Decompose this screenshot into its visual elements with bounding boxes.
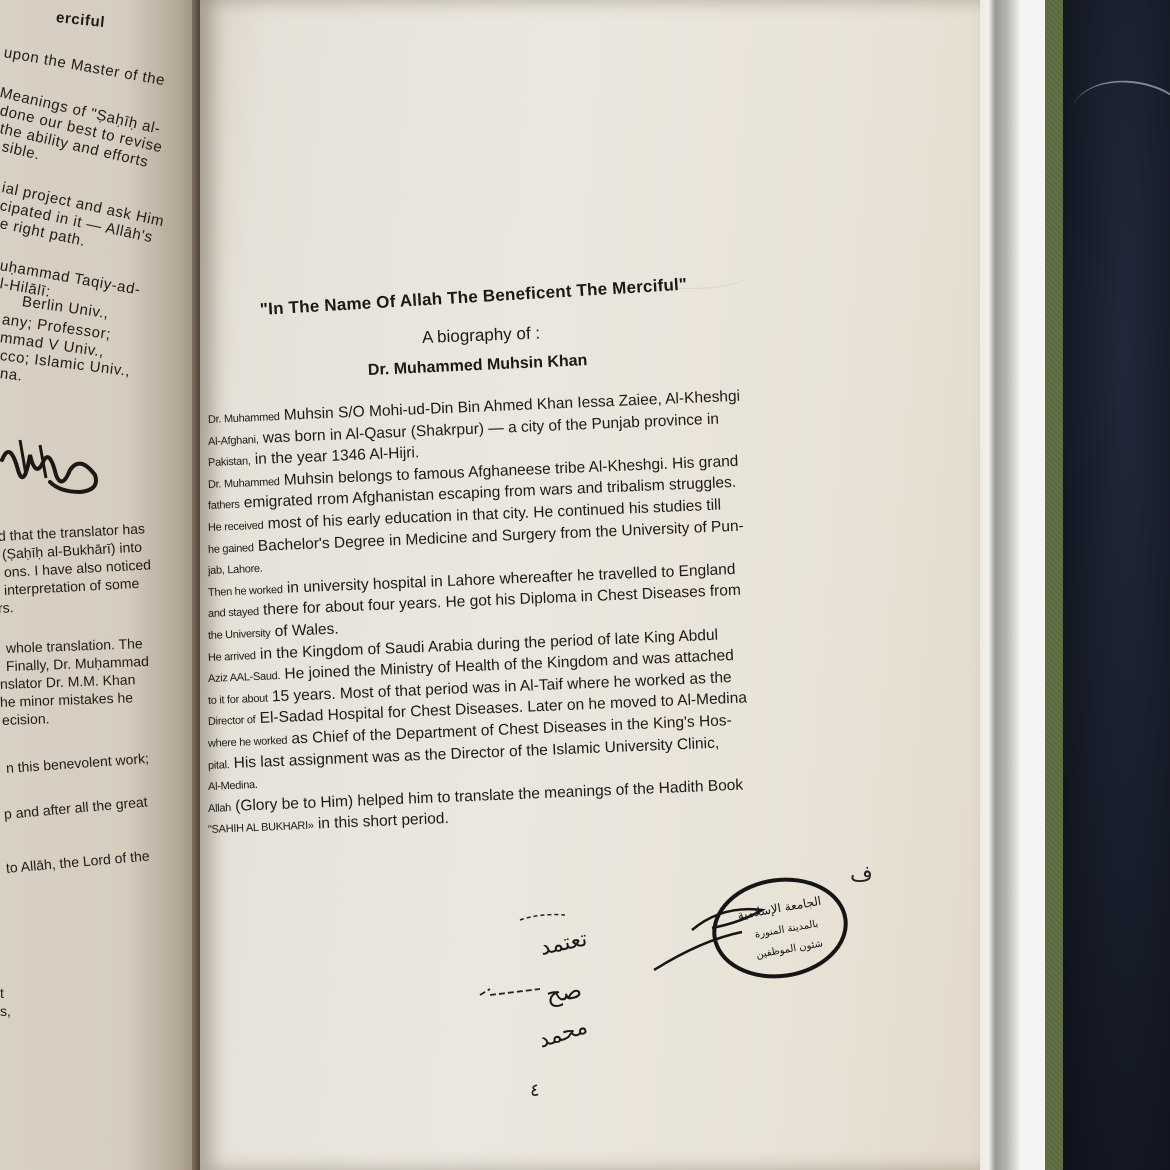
biography-page: "In The Name Of Allah The Beneficent The… bbox=[200, 0, 980, 1170]
left-page-line: t bbox=[0, 985, 4, 1001]
line-lead: to it for about bbox=[208, 692, 268, 706]
svg-text:تعتمد: تعتمد bbox=[538, 926, 590, 960]
left-page-line: p and after all the great bbox=[3, 793, 148, 821]
svg-text:محمد: محمد bbox=[535, 1014, 591, 1053]
svg-text:شئون الموظفين: شئون الموظفين bbox=[755, 938, 823, 961]
bismillah-heading: "In The Name Of Allah The Beneficent The… bbox=[259, 275, 687, 320]
line-lead: Dr. Muhammed bbox=[208, 476, 280, 491]
line-lead: he gained bbox=[208, 542, 254, 556]
line-lead: Then he worked bbox=[208, 584, 283, 599]
body-line: the University of Wales. bbox=[208, 621, 339, 644]
line-lead: He arrived bbox=[208, 650, 256, 664]
line-lead: jab, Lahore. bbox=[208, 563, 263, 577]
left-page-line: upon the Master of the bbox=[3, 45, 167, 89]
line-text: in this short period. bbox=[313, 810, 449, 833]
line-text: in the year 1346 Al-Hijri. bbox=[250, 444, 419, 468]
official-stamp-icon: الجامعة الإسلامية بالمدينة المنورة شئون … bbox=[652, 870, 852, 980]
body-line: Al-Medina. bbox=[208, 775, 258, 795]
body-line: jab, Lahore. bbox=[208, 559, 263, 579]
line-lead: Aziz AAL-Saud. bbox=[208, 670, 281, 685]
corner-mark: ف bbox=[850, 862, 873, 887]
line-lead: Director of bbox=[208, 714, 256, 728]
handwritten-signature-icon: تعتمد صح محمد bbox=[470, 905, 650, 1055]
line-lead: Pakistan, bbox=[208, 455, 251, 469]
left-page-line: to Allāh, the Lord of the bbox=[5, 847, 150, 875]
line-lead: Al-Afghani, bbox=[208, 433, 259, 447]
left-page-line: erciful bbox=[55, 10, 106, 31]
signature-icon bbox=[0, 420, 110, 510]
page-number: ٤ bbox=[530, 1080, 540, 1101]
line-lead: "SAHIH AL BUKHARI» bbox=[208, 820, 314, 836]
line-text: (Glory be to Him) helped him to translat… bbox=[231, 776, 744, 814]
left-page: ercifulupon the Master of theMeanings of… bbox=[0, 0, 210, 1170]
line-lead: where he worked bbox=[208, 735, 288, 750]
line-lead: the University bbox=[208, 627, 271, 642]
biography-subtitle: A biography of : bbox=[422, 323, 541, 348]
svg-text:الجامعة الإسلامية: الجامعة الإسلامية bbox=[736, 894, 822, 923]
left-page-line: nslator Dr. M.M. Khan bbox=[0, 671, 136, 692]
table-background bbox=[1060, 0, 1170, 1170]
line-lead: Al-Medina. bbox=[208, 779, 258, 793]
biography-name: Dr. Muhammed Muhsin Khan bbox=[368, 352, 588, 380]
left-page-line: na. bbox=[0, 366, 23, 385]
left-page-line: s, bbox=[0, 1003, 11, 1019]
line-lead: fathers bbox=[208, 499, 240, 512]
left-page-line: he minor mistakes he bbox=[0, 689, 133, 710]
line-text: of Wales. bbox=[270, 621, 339, 641]
left-page-line: n this benevolent work; bbox=[5, 750, 149, 776]
svg-text:بالمدينة المنورة: بالمدينة المنورة bbox=[754, 919, 819, 941]
book-cover-board bbox=[1018, 0, 1046, 1170]
left-page-line: rs. bbox=[0, 599, 14, 616]
left-page-line: whole translation. The bbox=[6, 635, 143, 656]
line-lead: He received bbox=[208, 520, 264, 534]
line-lead: Allah bbox=[208, 802, 231, 815]
left-page-line: ecision. bbox=[2, 710, 50, 728]
green-cloth-cover-edge bbox=[1045, 0, 1063, 1170]
line-lead: Dr. Muhammed bbox=[208, 411, 280, 426]
line-lead: pital. bbox=[208, 759, 230, 772]
svg-text:صح: صح bbox=[544, 976, 583, 1009]
body-line: Allah (Glory be to Him) helped him to tr… bbox=[208, 776, 744, 816]
line-lead: and stayed bbox=[208, 606, 259, 620]
page-edges bbox=[975, 0, 1020, 1170]
fabric-crease bbox=[1060, 63, 1170, 178]
